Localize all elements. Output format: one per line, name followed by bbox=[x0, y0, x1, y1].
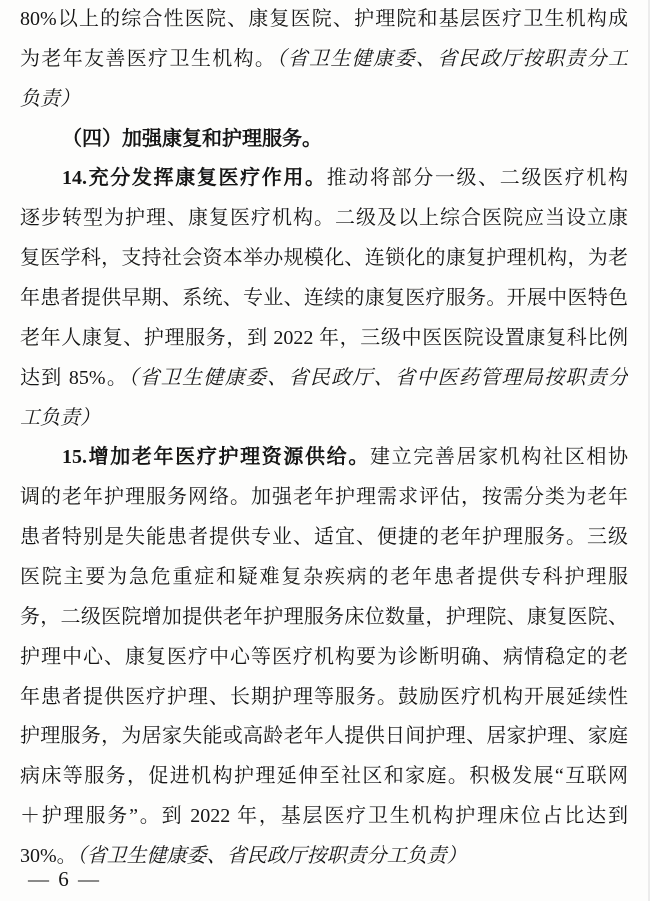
body-text: 年患者提供早期、系统、专业、连续的康复医疗服务。开展中医特色 bbox=[20, 287, 628, 309]
document-lines: 80%以上的综合性医院、康复医院、护理院和基层医疗卫生机构成为老年友善医疗卫生机… bbox=[20, 0, 628, 877]
body-text: 为老年友善医疗卫生机构。 bbox=[20, 48, 276, 70]
text-line: 逐步转型为护理、康复医疗机构。二级及以上综合医院应当设立康 bbox=[20, 199, 628, 239]
text-line: 80%以上的综合性医院、康复医院、护理院和基层医疗卫生机构成 bbox=[20, 0, 628, 40]
attribution-text: （省卫生健康委、省民政厅按职责分工 bbox=[276, 48, 628, 70]
text-line: 患者特别是失能患者提供专业、适宜、便捷的老年护理服务。三级 bbox=[20, 518, 628, 558]
body-text: 年患者提供医疗护理、长期护理等服务。鼓励医疗机构开展延续性 bbox=[20, 686, 628, 708]
attribution-text: 负责） bbox=[20, 88, 80, 110]
text-line: ＋护理服务”。到 2022 年，基层医疗卫生机构护理床位占比达到 bbox=[20, 797, 628, 837]
heading-text: 14.充分发挥康复医疗作用。 bbox=[62, 167, 327, 189]
text-line: 调的老年护理服务网络。加强老年护理需求评估，按需分类为老年 bbox=[20, 478, 628, 518]
body-text: 推动将部分一级、二级医疗机构 bbox=[327, 167, 628, 189]
text-line: 复医学科，支持社会资本举办规模化、连锁化的康复护理机构，为老 bbox=[20, 239, 628, 279]
text-line: （四）加强康复和护理服务。 bbox=[20, 120, 628, 160]
body-text: 护理服务，为居家失能或高龄老年人提供日间护理、居家护理、家庭 bbox=[20, 725, 628, 747]
body-text: 80%以上的综合性医院、康复医院、护理院和基层医疗卫生机构成 bbox=[20, 8, 628, 30]
body-text: 病床等服务，促进机构护理延伸至社区和家庭。积极发展“互联网 bbox=[20, 765, 628, 787]
document-page: 80%以上的综合性医院、康复医院、护理院和基层医疗卫生机构成为老年友善医疗卫生机… bbox=[0, 0, 650, 901]
body-text: 复医学科，支持社会资本举办规模化、连锁化的康复护理机构，为老 bbox=[20, 247, 628, 269]
text-line: 为老年友善医疗卫生机构。（省卫生健康委、省民政厅按职责分工 bbox=[20, 40, 628, 80]
text-line: 15.增加老年医疗护理资源供给。建立完善居家机构社区相协 bbox=[20, 438, 628, 478]
text-line: 达到 85%。（省卫生健康委、省民政厅、省中医药管理局按职责分 bbox=[20, 359, 628, 399]
text-line: 护理中心、康复医疗中心等医疗机构要为诊断明确、病情稳定的老 bbox=[20, 638, 628, 678]
body-text: 护理中心、康复医疗中心等医疗机构要为诊断明确、病情稳定的老 bbox=[20, 646, 628, 668]
body-text: 患者特别是失能患者提供专业、适宜、便捷的老年护理服务。三级 bbox=[20, 526, 628, 548]
body-text: 医院主要为急危重症和疑难复杂疾病的老年患者提供专科护理服 bbox=[20, 566, 628, 588]
attribution-text: （省卫生健康委、省民政厅按职责分工负责） bbox=[77, 845, 467, 867]
text-line: 负责） bbox=[20, 80, 628, 120]
text-line: 年患者提供医疗护理、长期护理等服务。鼓励医疗机构开展延续性 bbox=[20, 678, 628, 718]
body-text: 务，二级医院增加提供老年护理服务床位数量，护理院、康复医院、 bbox=[20, 606, 628, 628]
body-text: 达到 85%。 bbox=[20, 367, 128, 389]
text-line: 14.充分发挥康复医疗作用。推动将部分一级、二级医疗机构 bbox=[20, 159, 628, 199]
text-line: 病床等服务，促进机构护理延伸至社区和家庭。积极发展“互联网 bbox=[20, 757, 628, 797]
body-text: 建立完善居家机构社区相协 bbox=[370, 446, 628, 468]
text-line: 30%。（省卫生健康委、省民政厅按职责分工负责） bbox=[20, 837, 628, 877]
text-line: 务，二级医院增加提供老年护理服务床位数量，护理院、康复医院、 bbox=[20, 598, 628, 638]
attribution-text: 工负责） bbox=[20, 407, 100, 429]
page-number: — 6 — bbox=[28, 864, 101, 894]
body-text: ＋护理服务”。到 2022 年，基层医疗卫生机构护理床位占比达到 bbox=[20, 805, 628, 827]
heading-text: （四）加强康复和护理服务。 bbox=[62, 128, 322, 150]
body-text: 逐步转型为护理、康复医疗机构。二级及以上综合医院应当设立康 bbox=[20, 207, 628, 229]
text-line: 护理服务，为居家失能或高龄老年人提供日间护理、居家护理、家庭 bbox=[20, 717, 628, 757]
text-line: 年患者提供早期、系统、专业、连续的康复医疗服务。开展中医特色 bbox=[20, 279, 628, 319]
body-text: 调的老年护理服务网络。加强老年护理需求评估，按需分类为老年 bbox=[20, 486, 628, 508]
heading-text: 15.增加老年医疗护理资源供给。 bbox=[62, 446, 370, 468]
text-line: 工负责） bbox=[20, 399, 628, 439]
text-line: 老年人康复、护理服务，到 2022 年，三级中医医院设置康复科比例 bbox=[20, 319, 628, 359]
attribution-text: （省卫生健康委、省民政厅、省中医药管理局按职责分 bbox=[128, 367, 628, 389]
body-text: 老年人康复、护理服务，到 2022 年，三级中医医院设置康复科比例 bbox=[20, 327, 628, 349]
text-line: 医院主要为急危重症和疑难复杂疾病的老年患者提供专科护理服 bbox=[20, 558, 628, 598]
